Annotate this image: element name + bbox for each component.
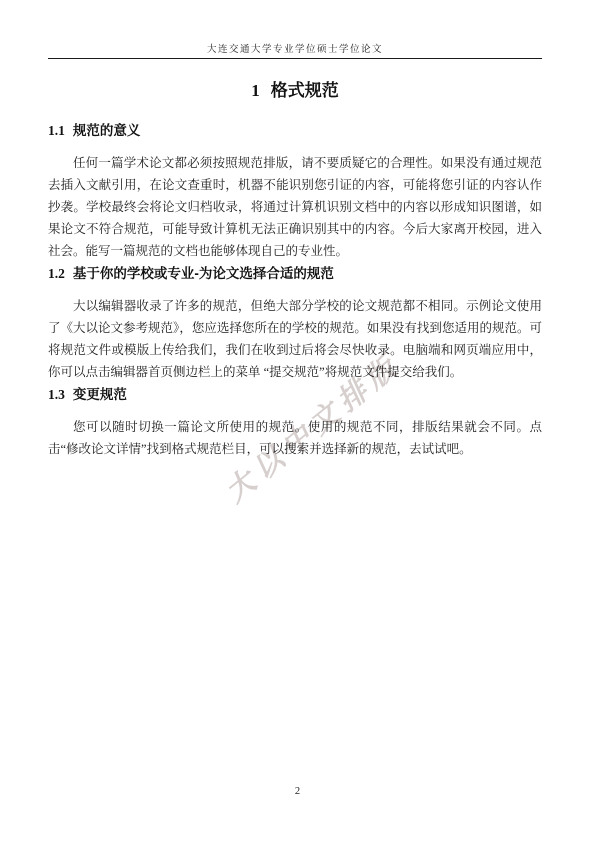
section-1-2-paragraph: 大以编辑器收录了许多的规范，但绝大部分学校的论文规范都不相同。示例论文使用了《大… — [48, 295, 542, 383]
section-1-1: 1.1规范的意义 任何一篇学术论文都必须按照规范排版，请不要质疑它的合理性。如果… — [48, 122, 542, 262]
chapter-number: 1 — [251, 81, 260, 100]
header-rule — [48, 58, 542, 59]
section-1-3-heading-text: 变更规范 — [73, 387, 127, 402]
section-1-2: 1.2基于你的学校或专业-为论文选择合适的规范 大以编辑器收录了许多的规范，但绝… — [48, 265, 542, 383]
section-1-3: 1.3变更规范 您可以随时切换一篇论文所使用的规范。使用的规范不同，排版结果就会… — [48, 386, 542, 460]
section-1-3-number: 1.3 — [48, 387, 65, 402]
section-1-2-heading-text: 基于你的学校或专业-为论文选择合适的规范 — [73, 266, 334, 281]
section-1-3-heading: 1.3变更规范 — [48, 386, 542, 404]
chapter-title-text: 格式规范 — [271, 81, 339, 100]
section-1-1-heading-text: 规范的意义 — [73, 123, 141, 138]
section-1-2-heading: 1.2基于你的学校或专业-为论文选择合适的规范 — [48, 265, 542, 283]
section-1-1-paragraph: 任何一篇学术论文都必须按照规范排版，请不要质疑它的合理性。如果没有通过规范去插入… — [48, 152, 542, 262]
section-1-2-number: 1.2 — [48, 266, 65, 281]
content-area: 1格式规范 1.1规范的意义 任何一篇学术论文都必须按照规范排版，请不要质疑它的… — [48, 68, 542, 460]
chapter-title: 1格式规范 — [48, 80, 542, 102]
section-1-3-paragraph: 您可以随时切换一篇论文所使用的规范。使用的规范不同，排版结果就会不同。点击“修改… — [48, 416, 542, 460]
document-page: 大连交通大学专业学位硕士学位论文 大以中文排版 1格式规范 1.1规范的意义 任… — [0, 0, 595, 842]
section-1-1-number: 1.1 — [48, 123, 65, 138]
page-number: 2 — [0, 786, 595, 797]
section-1-1-heading: 1.1规范的意义 — [48, 122, 542, 140]
running-header: 大连交通大学专业学位硕士学位论文 — [48, 41, 542, 55]
